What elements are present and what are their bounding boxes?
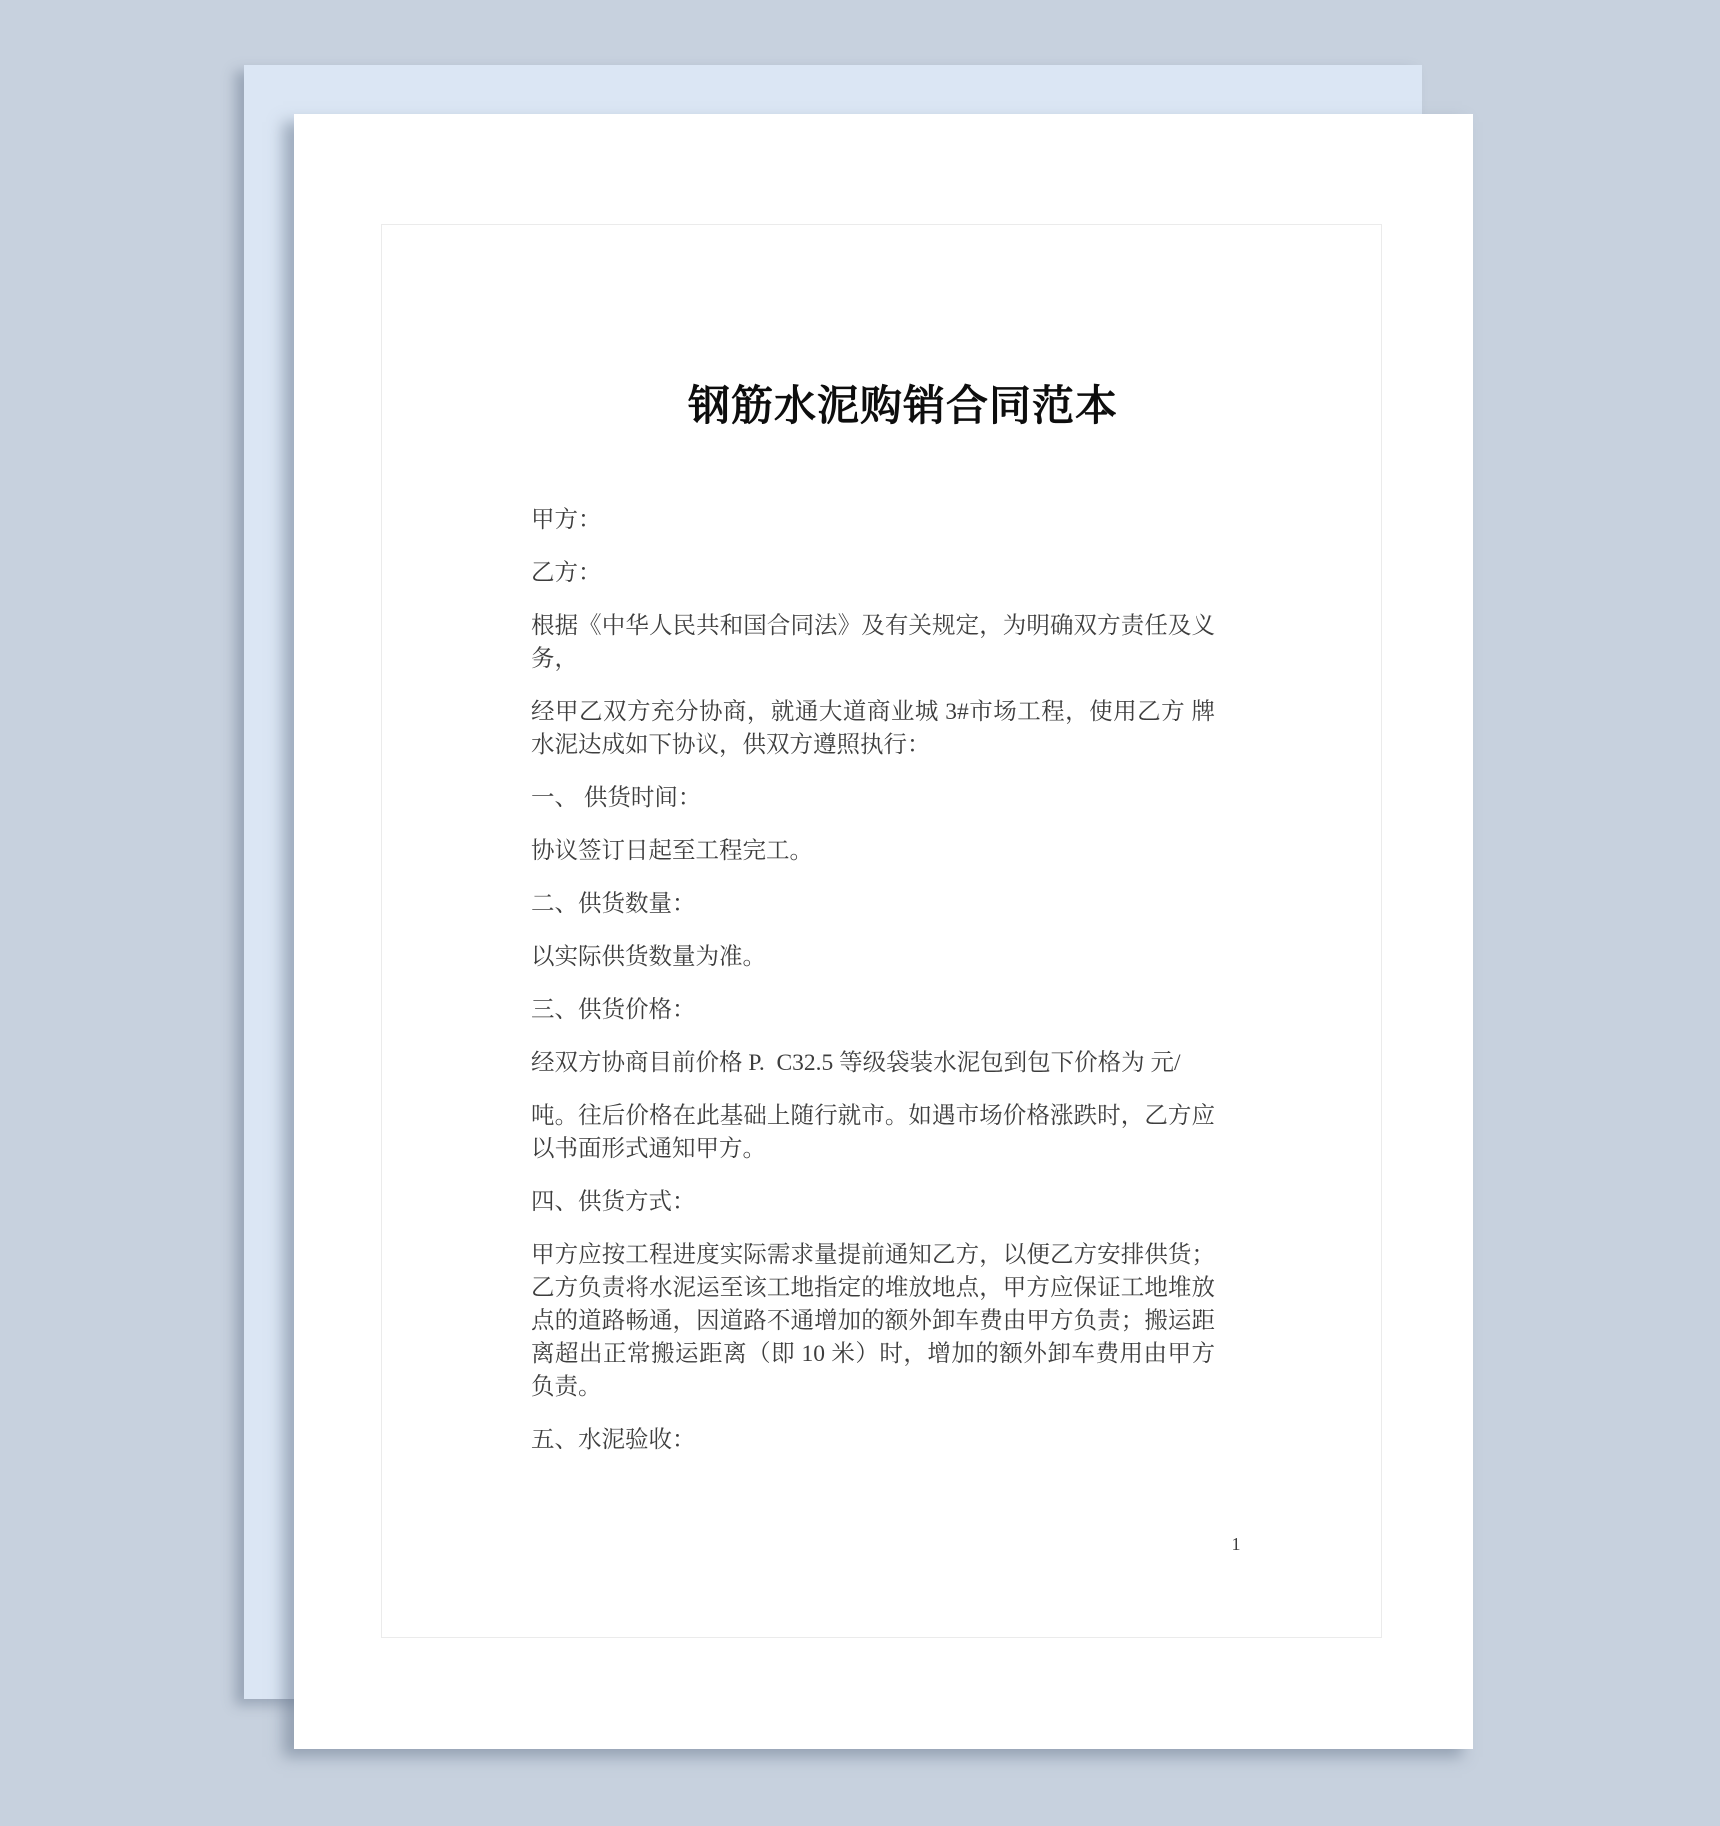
paragraph: 根据《中华人民共和国合同法》及有关规定，为明确双方责任及义务，: [531, 610, 1215, 676]
paragraph: 甲方：: [531, 504, 1215, 537]
paragraph: 五、水泥验收：: [531, 1424, 1215, 1457]
page-number: 1: [1216, 1532, 1256, 1556]
document-body: 甲方：乙方：根据《中华人民共和国合同法》及有关规定，为明确双方责任及义务，经甲乙…: [531, 504, 1215, 1477]
document-page: 钢筋水泥购销合同范本 甲方：乙方：根据《中华人民共和国合同法》及有关规定，为明确…: [294, 114, 1473, 1749]
paragraph: 一、 供货时间：: [531, 782, 1215, 815]
paragraph: 四、供货方式：: [531, 1186, 1215, 1219]
paragraph: 三、供货价格：: [531, 994, 1215, 1027]
paragraph: 以实际供货数量为准。: [531, 941, 1215, 974]
paragraph-list: 甲方：乙方：根据《中华人民共和国合同法》及有关规定，为明确双方责任及义务，经甲乙…: [531, 504, 1215, 1457]
document-title: 钢筋水泥购销合同范本: [561, 380, 1245, 432]
paragraph: 甲方应按工程进度实际需求量提前通知乙方，以便乙方安排供货；乙方负责将水泥运至该工…: [531, 1239, 1215, 1404]
paragraph: 经双方协商目前价格 P. C32.5 等级袋装水泥包到包下价格为 元/: [531, 1047, 1215, 1080]
paragraph: 协议签订日起至工程完工。: [531, 835, 1215, 868]
paragraph: 二、供货数量：: [531, 888, 1215, 921]
desktop-background: 钢筋水泥购销合同范本 甲方：乙方：根据《中华人民共和国合同法》及有关规定，为明确…: [0, 0, 1720, 1826]
paragraph: 乙方：: [531, 557, 1215, 590]
paragraph: 经甲乙双方充分协商，就通大道商业城 3#市场工程，使用乙方 牌水泥达成如下协议，…: [531, 696, 1215, 762]
paragraph: 吨。往后价格在此基础上随行就市。如遇市场价格涨跌时，乙方应以书面形式通知甲方。: [531, 1100, 1215, 1166]
